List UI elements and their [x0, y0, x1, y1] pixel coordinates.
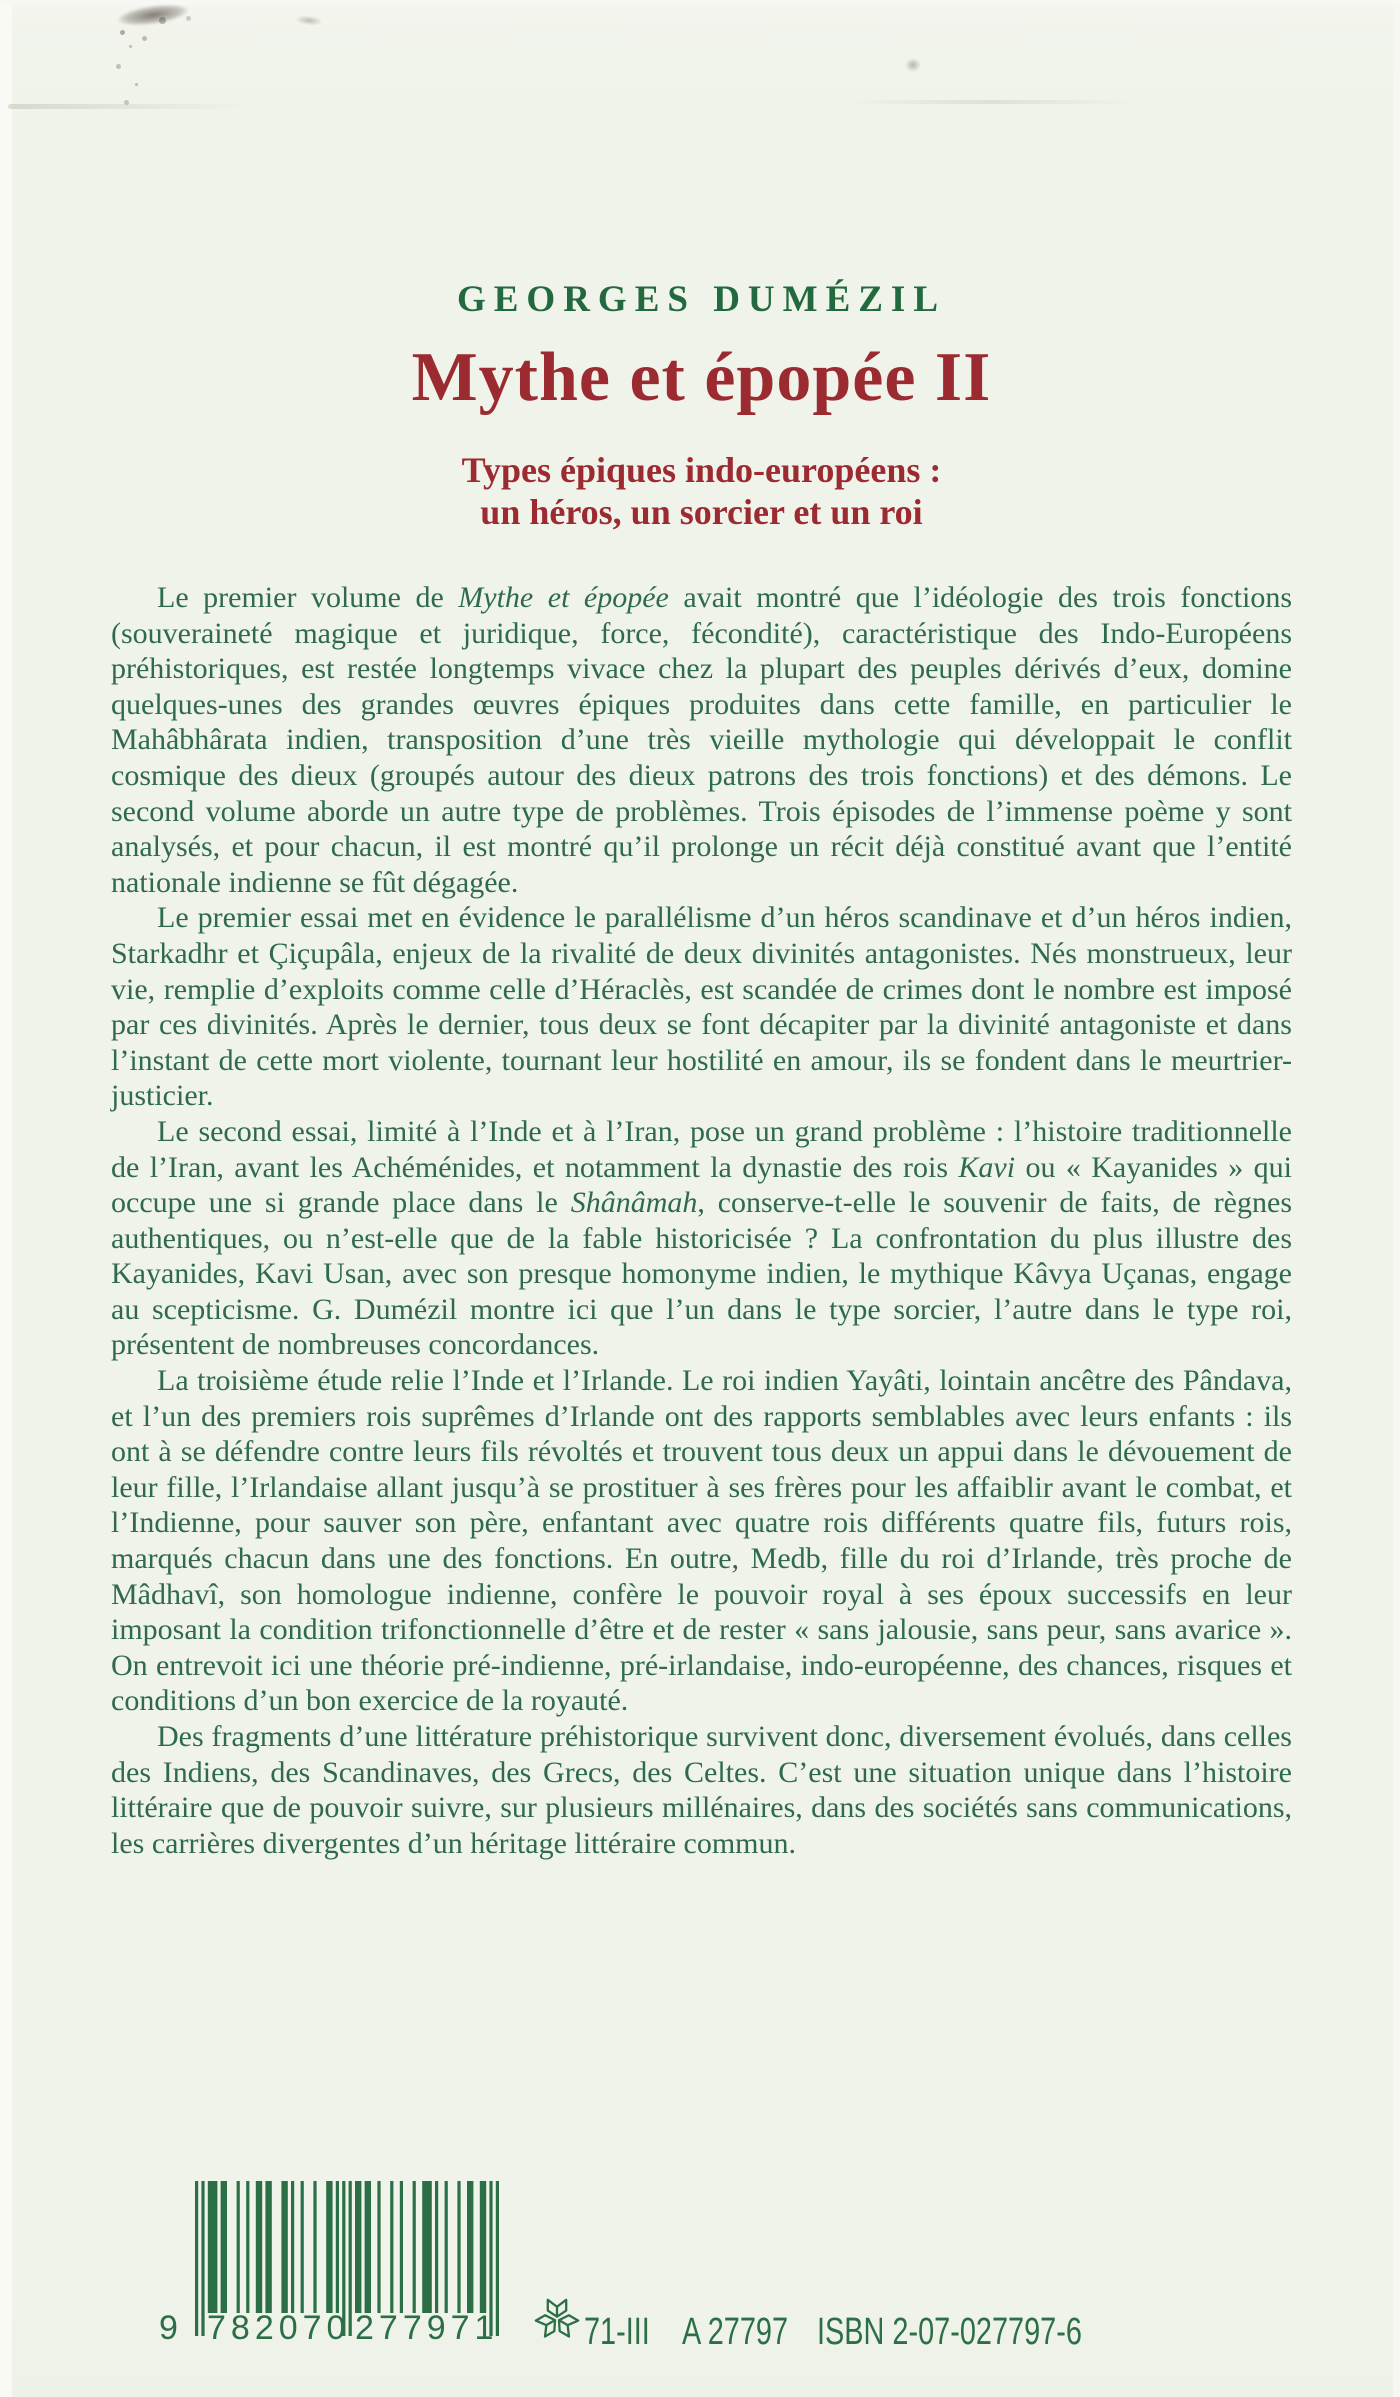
- small-mark-artifact: [905, 58, 921, 72]
- gallimard-three-open-books-logo-icon: [534, 2291, 580, 2347]
- book-title: Mythe et épopée II: [111, 338, 1292, 418]
- barcode-digit-prefix: 9: [159, 2309, 178, 2348]
- ink-smudge-artifact: [117, 1, 189, 29]
- scan-edge-left: [0, 0, 12, 2397]
- scan-streak-right: [845, 100, 1135, 104]
- blurb-paragraph: Le second essai, limité à l’Inde et à l’…: [111, 1114, 1292, 1363]
- ink-mark-artifact: [296, 15, 323, 27]
- catalog-code: A 27797: [682, 2311, 788, 2354]
- subtitle-line-1: Types épiques indo-européens :: [111, 449, 1292, 491]
- isbn-number: ISBN 2-07-027797-6: [817, 2311, 1082, 2354]
- blurb-paragraph: La troisième étude relie l’Inde et l’Irl…: [111, 1363, 1292, 1719]
- barcode-digits-left: 782070: [207, 2309, 339, 2348]
- blurb-paragraph: Le premier essai met en évidence le para…: [111, 900, 1292, 1114]
- ink-dots-artifact: [120, 30, 125, 35]
- scan-streak-left: [8, 104, 253, 109]
- ean-barcode: 9 782070 277971: [195, 2181, 499, 2351]
- author-name: GEORGES DUMÉZIL: [111, 278, 1292, 321]
- book-back-cover: GEORGES DUMÉZIL Mythe et épopée II Types…: [0, 0, 1400, 2397]
- blurb-paragraph: Le premier volume de Mythe et épopée ava…: [111, 580, 1292, 900]
- scan-edge-right: [1393, 0, 1400, 2397]
- blurb-paragraph: Des fragments d’une littérature préhisto…: [111, 1719, 1292, 1861]
- subtitle-line-2: un héros, un sorcier et un roi: [111, 491, 1292, 533]
- back-cover-blurb: Le premier volume de Mythe et épopée ava…: [111, 580, 1292, 1861]
- edition-code: 71-III: [584, 2311, 650, 2354]
- scan-edge-top: [0, 0, 1400, 5]
- book-subtitle: Types épiques indo-européens : un héros,…: [111, 449, 1292, 533]
- barcode-digits-right: 277971: [355, 2309, 491, 2348]
